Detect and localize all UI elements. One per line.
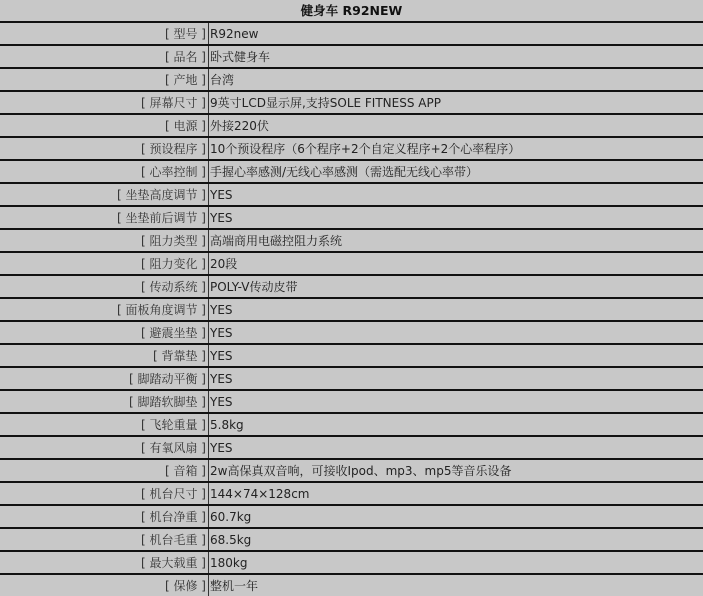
spec-label: [ 飞轮重量 ] — [0, 414, 209, 435]
spec-row: [ 心率控制 ]手握心率感测/无线心率感测（需选配无线心率带） — [0, 161, 703, 184]
spec-value: 外接220伏 — [209, 115, 703, 136]
spec-row: [ 脚踏动平衡 ]YES — [0, 368, 703, 391]
spec-value: YES — [209, 368, 703, 389]
spec-row: [ 避震坐垫 ]YES — [0, 322, 703, 345]
spec-value: YES — [209, 207, 703, 228]
spec-label: [ 面板角度调节 ] — [0, 299, 209, 320]
spec-row: [ 背靠垫 ]YES — [0, 345, 703, 368]
spec-value: 20段 — [209, 253, 703, 274]
spec-row: [ 屏幕尺寸 ]9英寸LCD显示屏,支持SOLE FITNESS APP — [0, 92, 703, 115]
spec-label: [ 传动系统 ] — [0, 276, 209, 297]
spec-value: YES — [209, 184, 703, 205]
spec-label: [ 有氧风扇 ] — [0, 437, 209, 458]
spec-label: [ 坐垫高度调节 ] — [0, 184, 209, 205]
spec-row: [ 机台净重 ]60.7kg — [0, 506, 703, 529]
spec-row: [ 保修 ]整机一年 — [0, 575, 703, 596]
spec-row: [ 机台尺寸 ]144×74×128cm — [0, 483, 703, 506]
spec-row: [ 机台毛重 ]68.5kg — [0, 529, 703, 552]
spec-row: [ 阻力变化 ]20段 — [0, 253, 703, 276]
spec-row: [ 传动系统 ]POLY-V传动皮带 — [0, 276, 703, 299]
table-title: 健身车 R92NEW — [0, 0, 703, 23]
spec-row: [ 型号 ]R92new — [0, 23, 703, 46]
spec-label: [ 机台净重 ] — [0, 506, 209, 527]
spec-label: [ 机台尺寸 ] — [0, 483, 209, 504]
spec-value: 5.8kg — [209, 414, 703, 435]
spec-row: [ 坐垫前后调节 ]YES — [0, 207, 703, 230]
spec-label: [ 背靠垫 ] — [0, 345, 209, 366]
spec-label: [ 阻力类型 ] — [0, 230, 209, 251]
spec-label: [ 产地 ] — [0, 69, 209, 90]
spec-row: [ 飞轮重量 ]5.8kg — [0, 414, 703, 437]
spec-table: 健身车 R92NEW [ 型号 ]R92new[ 品名 ]卧式健身车[ 产地 ]… — [0, 0, 703, 596]
spec-value: POLY-V传动皮带 — [209, 276, 703, 297]
spec-row: [ 最大载重 ]180kg — [0, 552, 703, 575]
spec-row: [ 品名 ]卧式健身车 — [0, 46, 703, 69]
spec-label: [ 屏幕尺寸 ] — [0, 92, 209, 113]
spec-row: [ 音箱 ]2w高保真双音响，可接收Ipod、mp3、mp5等音乐设备 — [0, 460, 703, 483]
spec-row: [ 预设程序 ]10个预设程序（6个程序+2个自定义程序+2个心率程序） — [0, 138, 703, 161]
spec-value: 60.7kg — [209, 506, 703, 527]
spec-value: YES — [209, 391, 703, 412]
spec-value: YES — [209, 437, 703, 458]
spec-row: [ 坐垫高度调节 ]YES — [0, 184, 703, 207]
spec-label: [ 预设程序 ] — [0, 138, 209, 159]
spec-value: YES — [209, 345, 703, 366]
spec-value: 台湾 — [209, 69, 703, 90]
spec-value: 卧式健身车 — [209, 46, 703, 67]
spec-label: [ 保修 ] — [0, 575, 209, 596]
spec-label: [ 型号 ] — [0, 23, 209, 44]
spec-row: [ 面板角度调节 ]YES — [0, 299, 703, 322]
spec-value: 180kg — [209, 552, 703, 573]
spec-row: [ 脚踏软脚垫 ]YES — [0, 391, 703, 414]
spec-value: 144×74×128cm — [209, 483, 703, 504]
spec-row: [ 电源 ]外接220伏 — [0, 115, 703, 138]
spec-label: [ 机台毛重 ] — [0, 529, 209, 550]
spec-label: [ 脚踏动平衡 ] — [0, 368, 209, 389]
spec-value: YES — [209, 299, 703, 320]
spec-label: [ 脚踏软脚垫 ] — [0, 391, 209, 412]
spec-rows: [ 型号 ]R92new[ 品名 ]卧式健身车[ 产地 ]台湾[ 屏幕尺寸 ]9… — [0, 23, 703, 596]
spec-value: 2w高保真双音响，可接收Ipod、mp3、mp5等音乐设备 — [209, 460, 703, 481]
spec-value: YES — [209, 322, 703, 343]
spec-label: [ 品名 ] — [0, 46, 209, 67]
spec-row: [ 阻力类型 ]高端商用电磁控阻力系统 — [0, 230, 703, 253]
spec-label: [ 音箱 ] — [0, 460, 209, 481]
spec-label: [ 心率控制 ] — [0, 161, 209, 182]
spec-label: [ 坐垫前后调节 ] — [0, 207, 209, 228]
spec-row: [ 产地 ]台湾 — [0, 69, 703, 92]
spec-value: 手握心率感测/无线心率感测（需选配无线心率带） — [209, 161, 703, 182]
spec-value: 68.5kg — [209, 529, 703, 550]
spec-value: 高端商用电磁控阻力系统 — [209, 230, 703, 251]
spec-label: [ 阻力变化 ] — [0, 253, 209, 274]
spec-value: 10个预设程序（6个程序+2个自定义程序+2个心率程序） — [209, 138, 703, 159]
spec-value: 整机一年 — [209, 575, 703, 596]
spec-value: R92new — [209, 23, 703, 44]
spec-value: 9英寸LCD显示屏,支持SOLE FITNESS APP — [209, 92, 703, 113]
spec-label: [ 避震坐垫 ] — [0, 322, 209, 343]
spec-label: [ 电源 ] — [0, 115, 209, 136]
spec-label: [ 最大载重 ] — [0, 552, 209, 573]
spec-row: [ 有氧风扇 ]YES — [0, 437, 703, 460]
